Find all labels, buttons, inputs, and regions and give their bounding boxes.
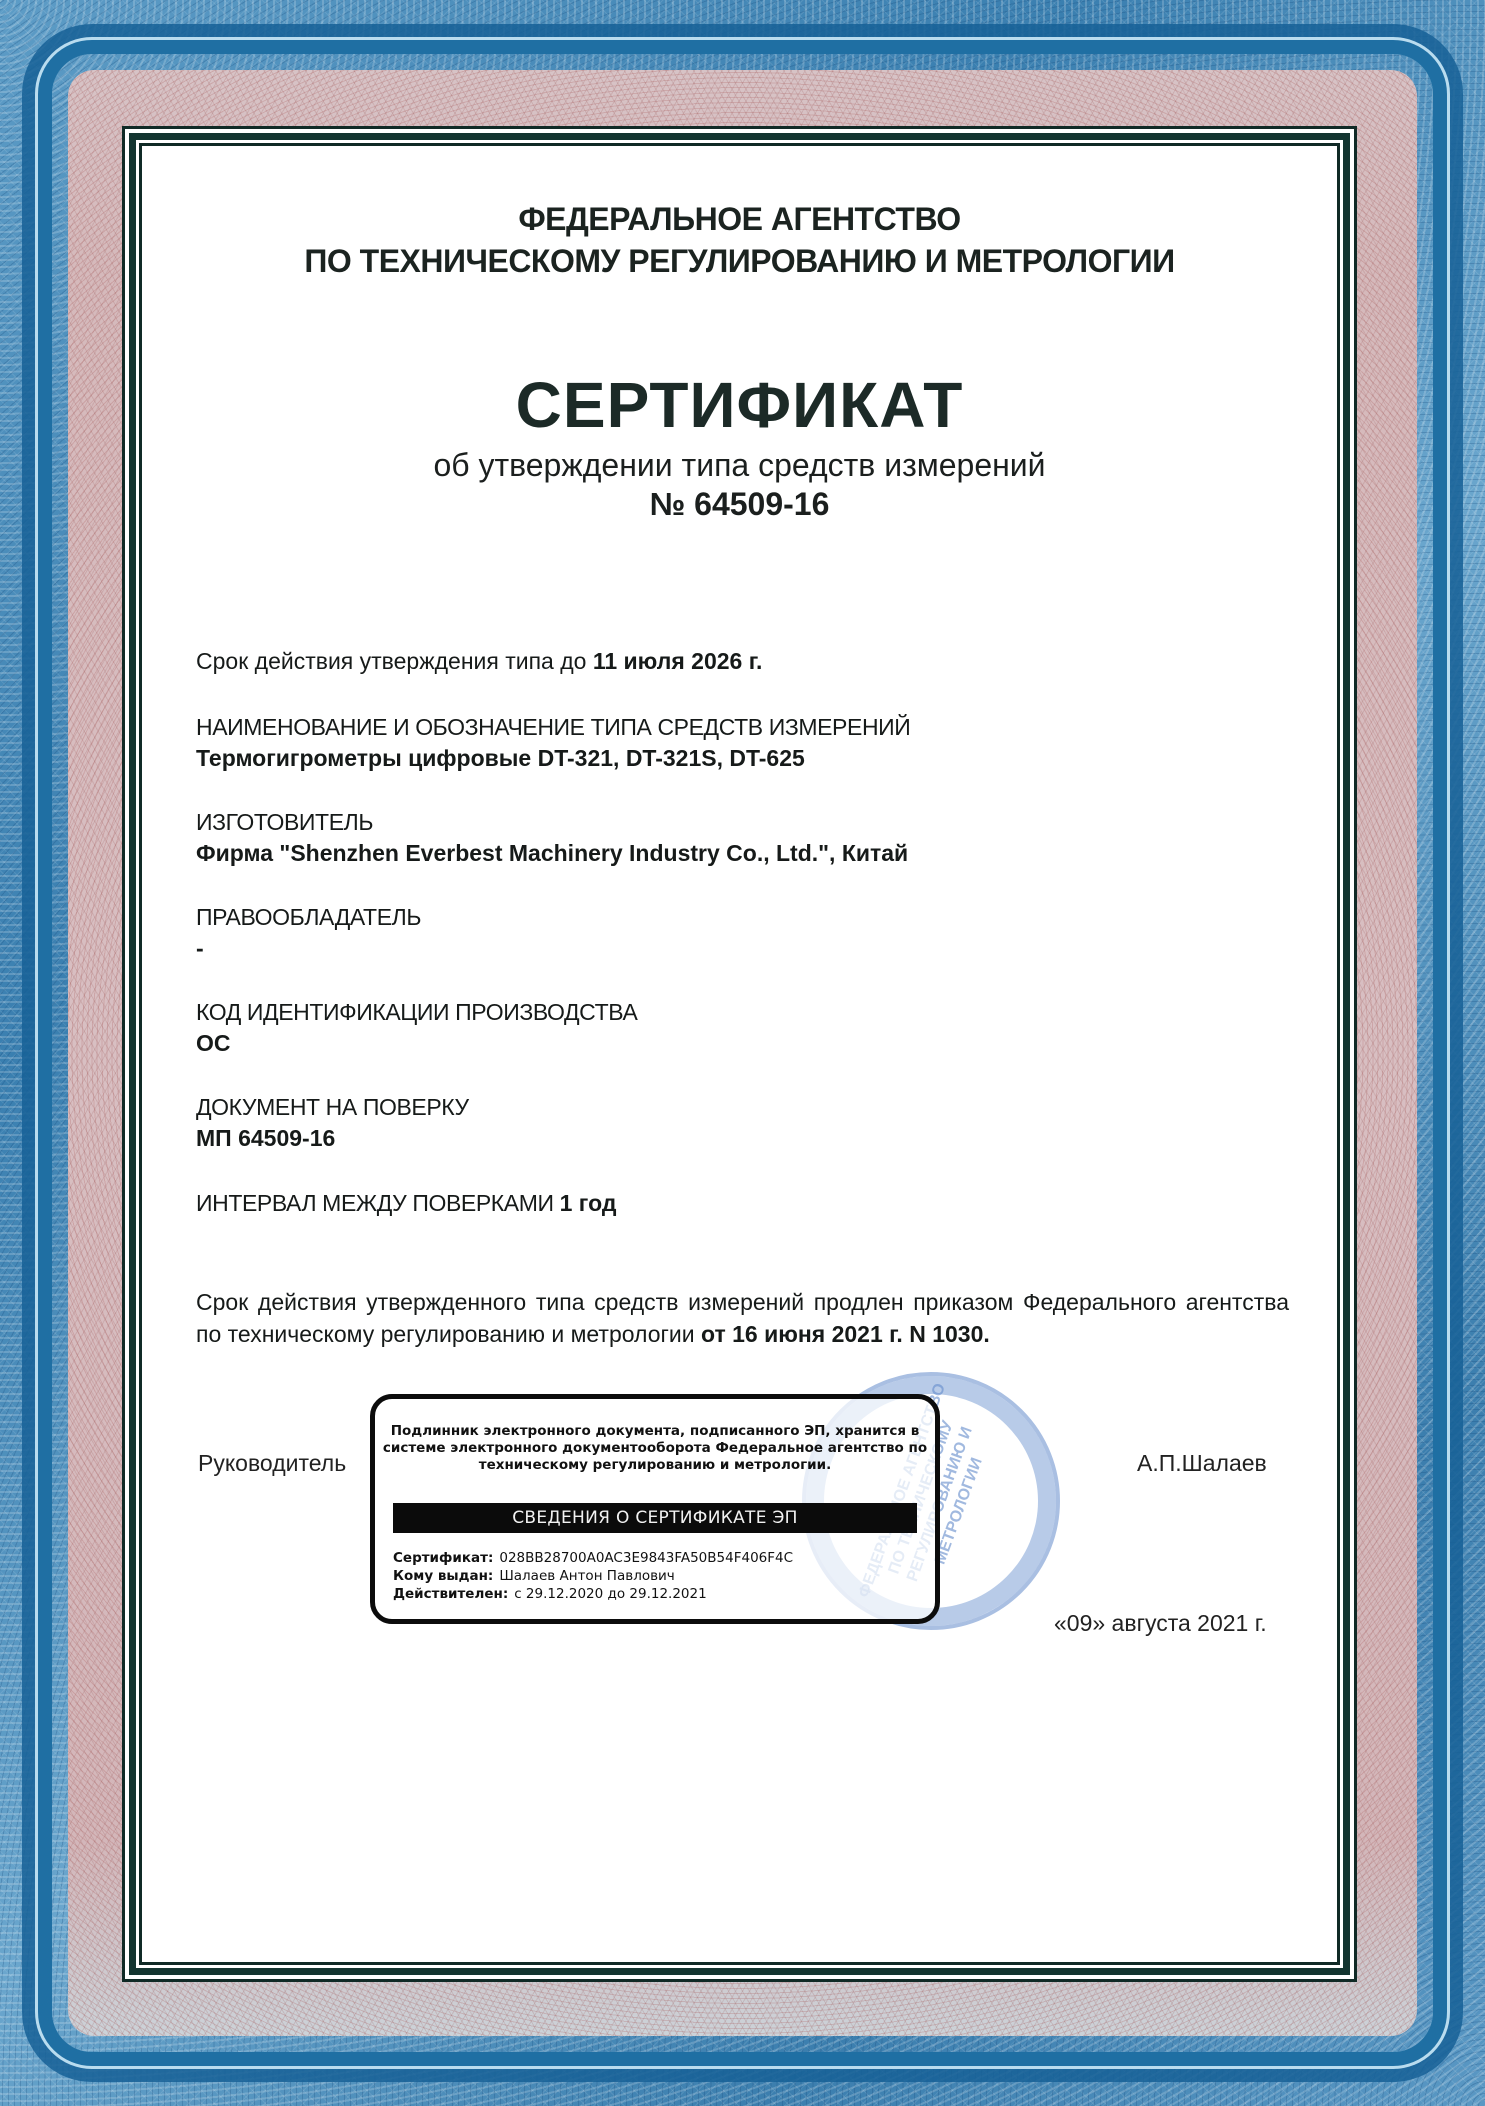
electronic-signature-stamp: Подлинник электронного документа, подпис… xyxy=(370,1394,940,1624)
agency-line-2: ПО ТЕХНИЧЕСКОМУ РЕГУЛИРОВАНИЮ И МЕТРОЛОГ… xyxy=(142,240,1337,282)
verification-interval: ИНТЕРВАЛ МЕЖДУ ПОВЕРКАМИ 1 год xyxy=(196,1190,616,1217)
signatory-name: А.П.Шалаев xyxy=(1137,1450,1267,1477)
document-title: СЕРТИФИКАТ xyxy=(142,368,1337,442)
ep-issued-to-label: Кому выдан: xyxy=(393,1567,493,1585)
field-label-verification-document: ДОКУМЕНТ НА ПОВЕРКУ xyxy=(196,1094,469,1121)
interval-label: ИНТЕРВАЛ МЕЖДУ ПОВЕРКАМИ xyxy=(196,1190,560,1216)
issuing-agency: ФЕДЕРАЛЬНОЕ АГЕНТСТВО ПО ТЕХНИЧЕСКОМУ РЕ… xyxy=(142,198,1337,282)
field-label-rights-holder: ПРАВООБЛАДАТЕЛЬ xyxy=(196,904,421,931)
field-label-manufacturer: ИЗГОТОВИТЕЛЬ xyxy=(196,809,373,836)
field-value-production-code: ОС xyxy=(196,1030,231,1057)
ep-issued-to-value: Шалаев Антон Павлович xyxy=(499,1568,674,1584)
ep-issued-to-row: Кому выдан:Шалаев Антон Павлович xyxy=(393,1567,793,1585)
certificate-content: ФЕДЕРАЛЬНОЕ АГЕНТСТВО ПО ТЕХНИЧЕСКОМУ РЕ… xyxy=(142,146,1337,1962)
field-label-instrument-name: НАИМЕНОВАНИЕ И ОБОЗНАЧЕНИЕ ТИПА СРЕДСТВ … xyxy=(196,714,910,741)
ep-validity-value: с 29.12.2020 до 29.12.2021 xyxy=(514,1586,706,1602)
ep-validity-label: Действителен: xyxy=(393,1585,508,1603)
signatory-role: Руководитель xyxy=(198,1450,346,1477)
ep-validity-row: Действителен:с 29.12.2020 до 29.12.2021 xyxy=(393,1585,793,1603)
ep-certificate-row: Сертификат:028BB28700A0AC3E9843FA50B54F4… xyxy=(393,1549,793,1567)
field-label-production-code: КОД ИДЕНТИФИКАЦИИ ПРОИЗВОДСТВА xyxy=(196,999,637,1026)
ep-certificate-details: Сертификат:028BB28700A0AC3E9843FA50B54F4… xyxy=(393,1549,793,1603)
ep-certificate-value: 028BB28700A0AC3E9843FA50B54F406F4C xyxy=(499,1550,793,1566)
field-value-rights-holder: - xyxy=(196,935,204,962)
document-subtitle: об утверждении типа средств измерений xyxy=(142,446,1337,484)
validity-line: Срок действия утверждения типа до 11 июл… xyxy=(196,648,762,675)
extension-order: от 16 июня 2021 г. N 1030. xyxy=(701,1321,990,1347)
ep-certificate-label: Сертификат: xyxy=(393,1549,493,1567)
ep-header-text: Подлинник электронного документа, подпис… xyxy=(375,1423,935,1474)
field-value-instrument-name: Термогигрометры цифровые DT-321, DT-321S… xyxy=(196,745,805,772)
field-value-verification-document: МП 64509-16 xyxy=(196,1125,335,1152)
validity-label: Срок действия утверждения типа до xyxy=(196,648,593,674)
interval-value: 1 год xyxy=(560,1190,617,1216)
extension-paragraph: Срок действия утвержденного типа средств… xyxy=(196,1286,1289,1350)
validity-value: 11 июля 2026 г. xyxy=(593,648,763,674)
signature-date: «09» августа 2021 г. xyxy=(1054,1610,1267,1637)
agency-line-1: ФЕДЕРАЛЬНОЕ АГЕНТСТВО xyxy=(142,198,1337,240)
certificate-number: № 64509-16 xyxy=(142,486,1337,523)
field-value-manufacturer: Фирма "Shenzhen Everbest Machinery Indus… xyxy=(196,840,908,867)
ep-certificate-info-bar: СВЕДЕНИЯ О СЕРТИФИКАТЕ ЭП xyxy=(393,1503,917,1533)
